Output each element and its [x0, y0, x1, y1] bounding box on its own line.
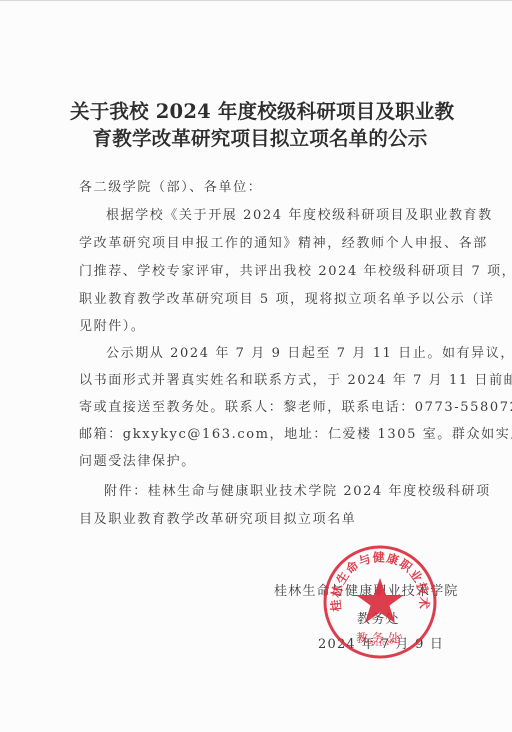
star-icon — [356, 578, 404, 623]
paragraph1-line-5: 见附件）。 — [79, 314, 146, 340]
paragraph2-line-1: 公示期从 2024 年 7 月 9 日起至 7 月 11 日止。如有异议，请 — [106, 341, 512, 367]
paragraph2-line-4: 邮箱：gkxykyc@163.com，地址：仁爱楼 1305 室。群众如实反映 — [79, 422, 512, 448]
paragraph1-line-4: 职业教育教学改革研究项目 5 项，现将拟立项名单予以公示（详 — [79, 287, 495, 313]
paragraph1-line-3: 门推荐、学校专家评审，共评出我校 2024 年校级科研项目 7 项， — [79, 259, 512, 285]
paragraph1-line-1: 根据学校《关于开展 2024 年度校级科研项目及职业教育教 — [106, 203, 493, 229]
seal-icon: 桂林生命与健康职业技术学院 教务处 4503011026037 — [322, 544, 438, 660]
paragraph2-line-2: 以书面形式并署真实姓名和联系方式，于 2024 年 7 月 11 日前邮 — [79, 368, 512, 394]
paragraph2-line-3: 寄或直接送至教务处。联系人：黎老师，联系电话：0773-5580721， — [79, 395, 512, 421]
paragraph1-line-2: 学改革研究项目申报工作的通知》精神，经教师个人申报、各部 — [79, 231, 488, 257]
attachment-line-2: 目及职业教育教学改革研究项目拟立项名单 — [79, 507, 356, 533]
salutation: 各二级学院（部）、各单位： — [79, 175, 262, 201]
official-seal: 桂林生命与健康职业技术学院 教务处 4503011026037 — [322, 544, 438, 660]
paragraph2-line-5: 问题受法律保护。 — [79, 449, 196, 475]
attachment-line-1: 附件：桂林生命与健康职业技术学院 2024 年度校级科研项 — [104, 479, 491, 505]
